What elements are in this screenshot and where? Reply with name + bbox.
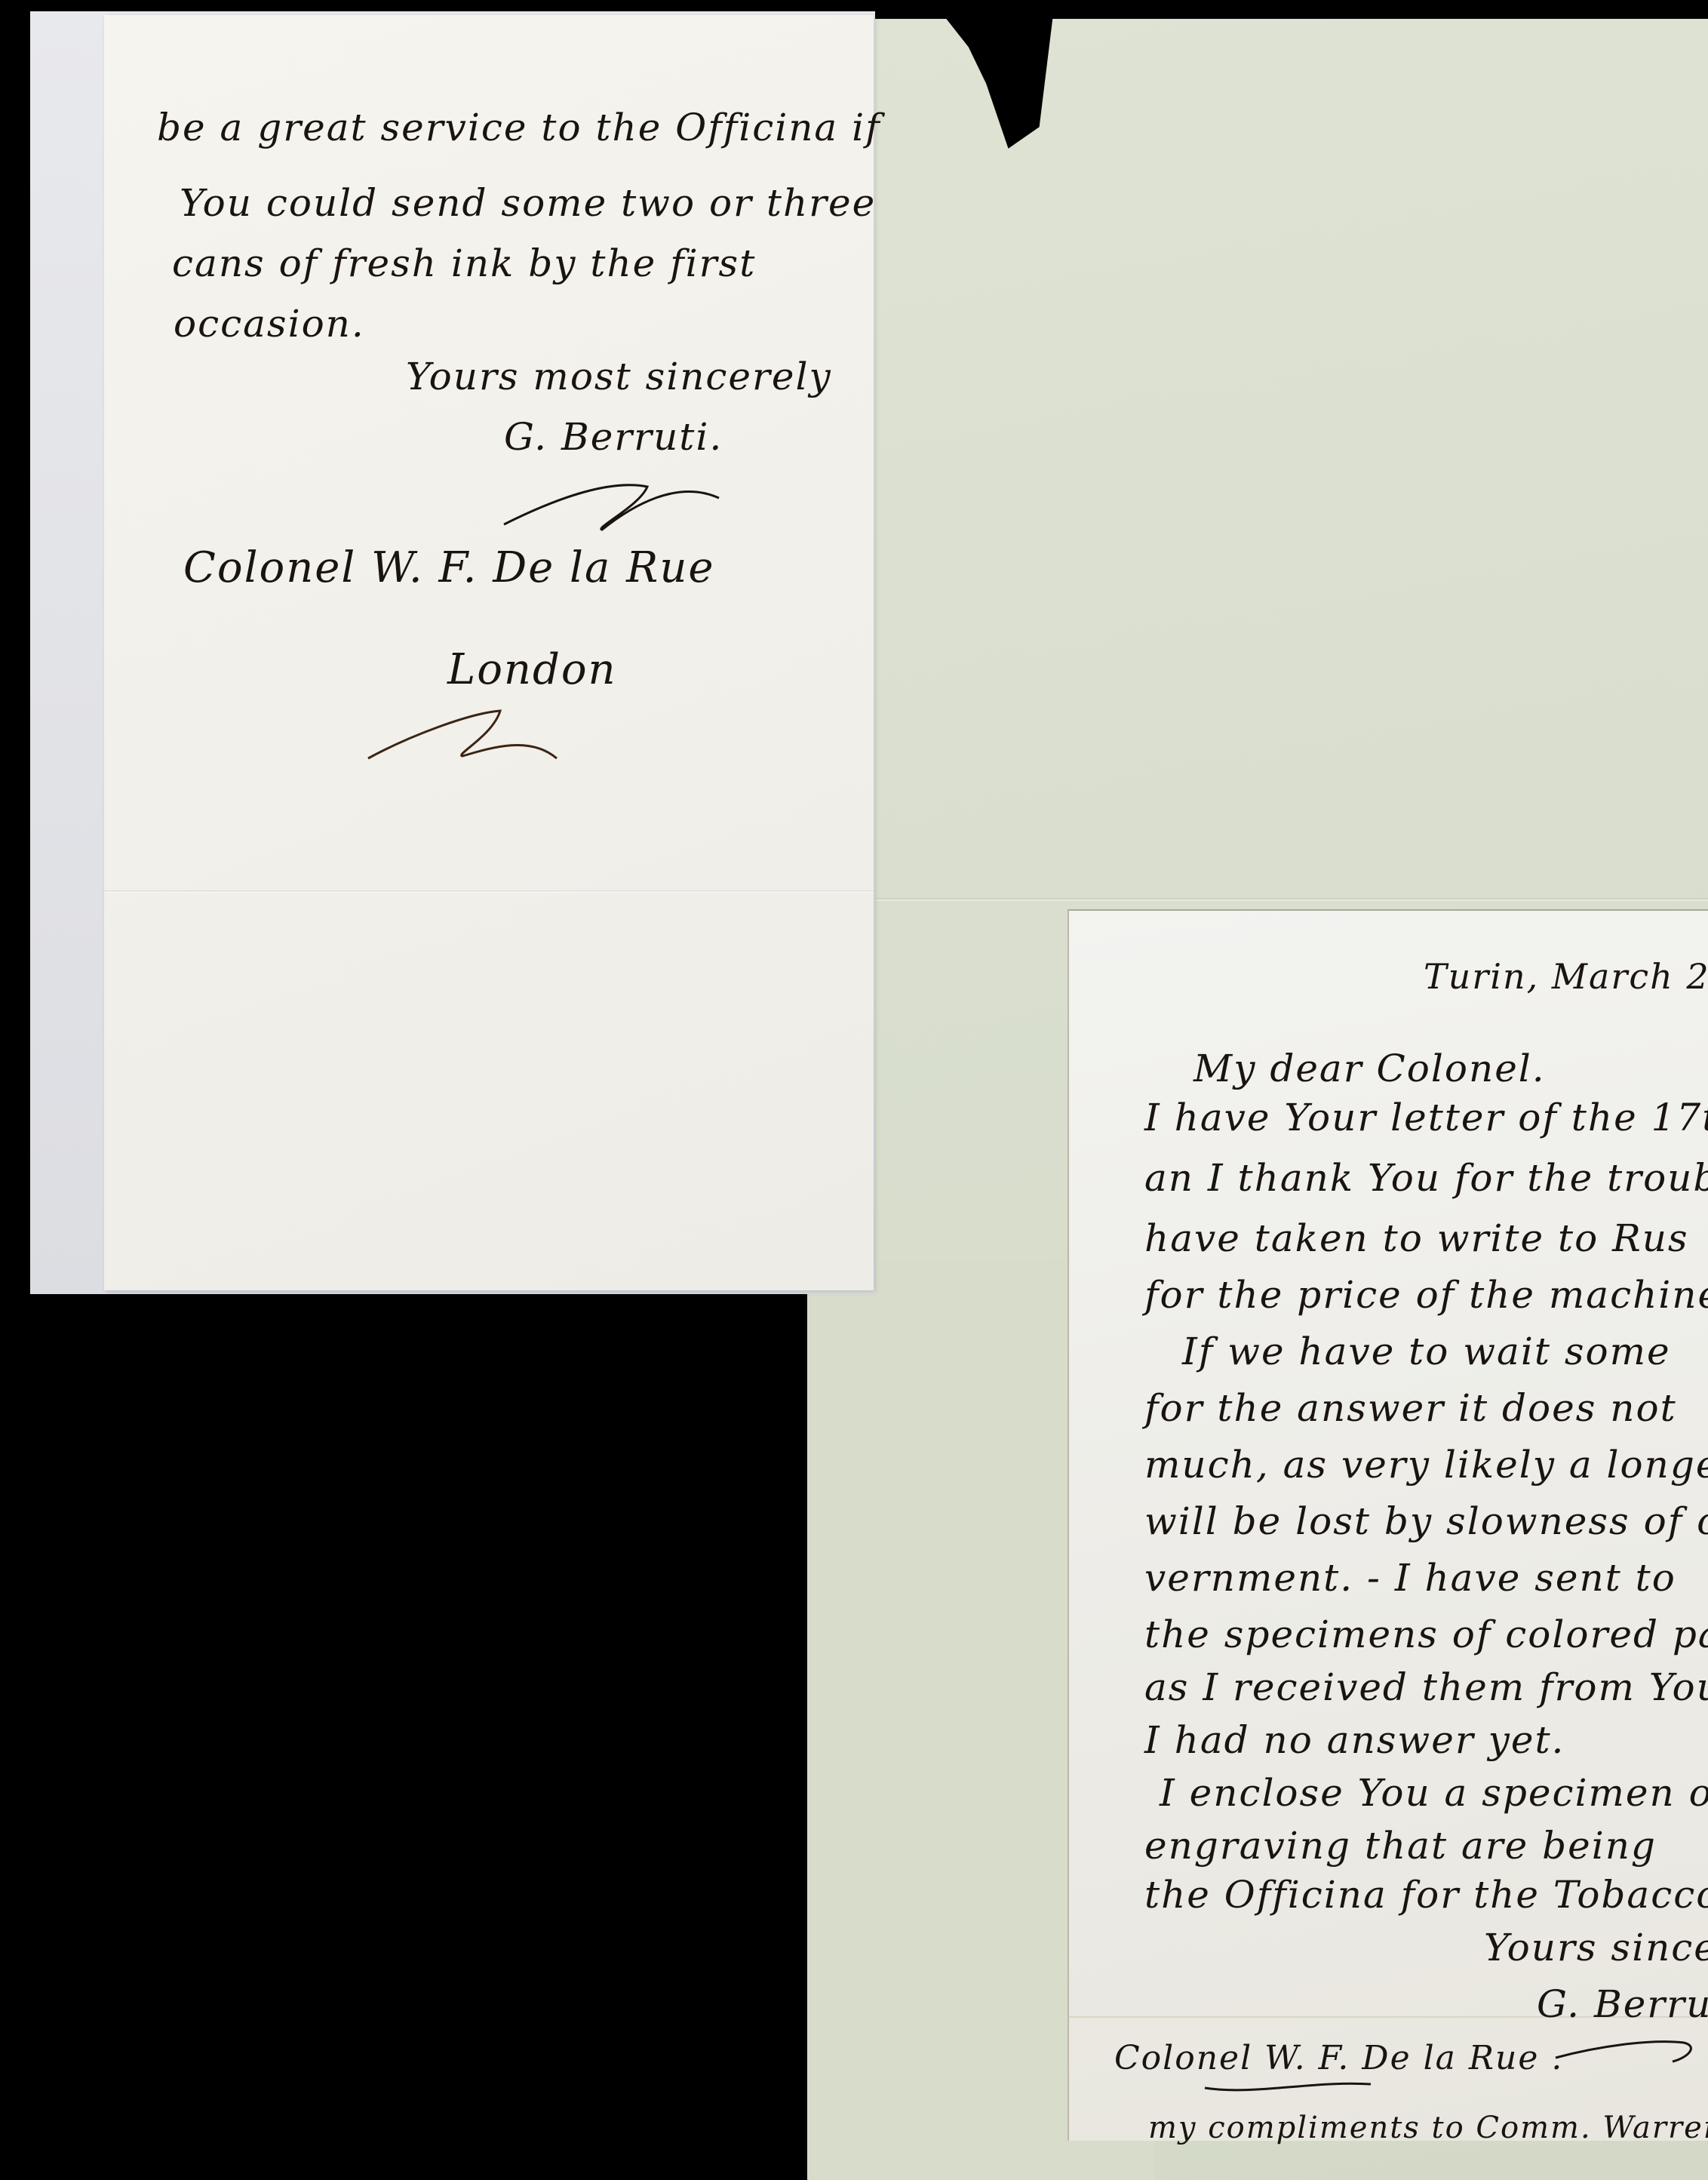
addressee-underline <box>1201 2077 1375 2099</box>
letter-closing: Yours most sincerely <box>406 355 832 398</box>
letter-body-line: much, as very likely a longer <box>1144 1443 1708 1487</box>
address-flourish <box>364 694 561 762</box>
fold-crease <box>822 898 1708 901</box>
letter-salutation: My dear Colonel. <box>1193 1047 1546 1090</box>
letter-body-line: be a great service to the Officina if <box>157 106 881 149</box>
letter-body-line: have taken to write to Rus <box>1144 1216 1689 1260</box>
fold-crease <box>104 890 874 893</box>
signature-flourish <box>1552 2020 1708 2065</box>
letter-body-line: for the price of the machine <box>1144 1273 1708 1317</box>
letter-body-line: I have Your letter of the 17th. <box>1144 1096 1708 1139</box>
letter-body-line: cans of fresh ink by the first <box>172 241 756 285</box>
letter-body-line: for the answer it does not <box>1144 1386 1677 1430</box>
addressee-name: Colonel W. F. De la Rue . <box>1114 2039 1563 2077</box>
addressee-name: Colonel W. F. De la Rue <box>183 543 715 592</box>
letter-body-line: the Officina for the Tobacco- <box>1144 1873 1708 1917</box>
right-letter-page: Turin, March 20. My dear Colonel. I have… <box>1067 909 1708 2141</box>
letter-body-line: I enclose You a specimen of <box>1160 1771 1708 1815</box>
letter-body-line: as I received them from You <box>1144 1665 1708 1709</box>
letter-body-line: an I thank You for the trouble <box>1144 1156 1708 1200</box>
letter-body-line: the specimens of colored paper <box>1144 1613 1708 1656</box>
letter-body-line: You could send some two or three <box>180 181 876 225</box>
letter-body-line: will be lost by slowness of our <box>1144 1499 1708 1543</box>
letter-closing: Yours sincerely <box>1484 1926 1708 1969</box>
letter-body-line: occasion. <box>174 302 365 346</box>
signature: G. Berruti. <box>504 415 723 459</box>
left-letter-page: be a great service to the Officina if Yo… <box>104 15 874 1290</box>
letter-dateline: Turin, March 20. <box>1424 956 1708 997</box>
letter-body-line: vernment. - I have sent to <box>1144 1556 1676 1600</box>
postscript: my compliments to Comm. Warren <box>1148 2111 1708 2145</box>
signature-flourish <box>496 475 723 536</box>
letter-body-line: If we have to wait some <box>1182 1330 1671 1373</box>
letter-body-line: engraving that are being <box>1144 1824 1657 1868</box>
addressee-city: London <box>447 645 617 694</box>
letter-body-line: I had no answer yet. <box>1144 1718 1565 1762</box>
